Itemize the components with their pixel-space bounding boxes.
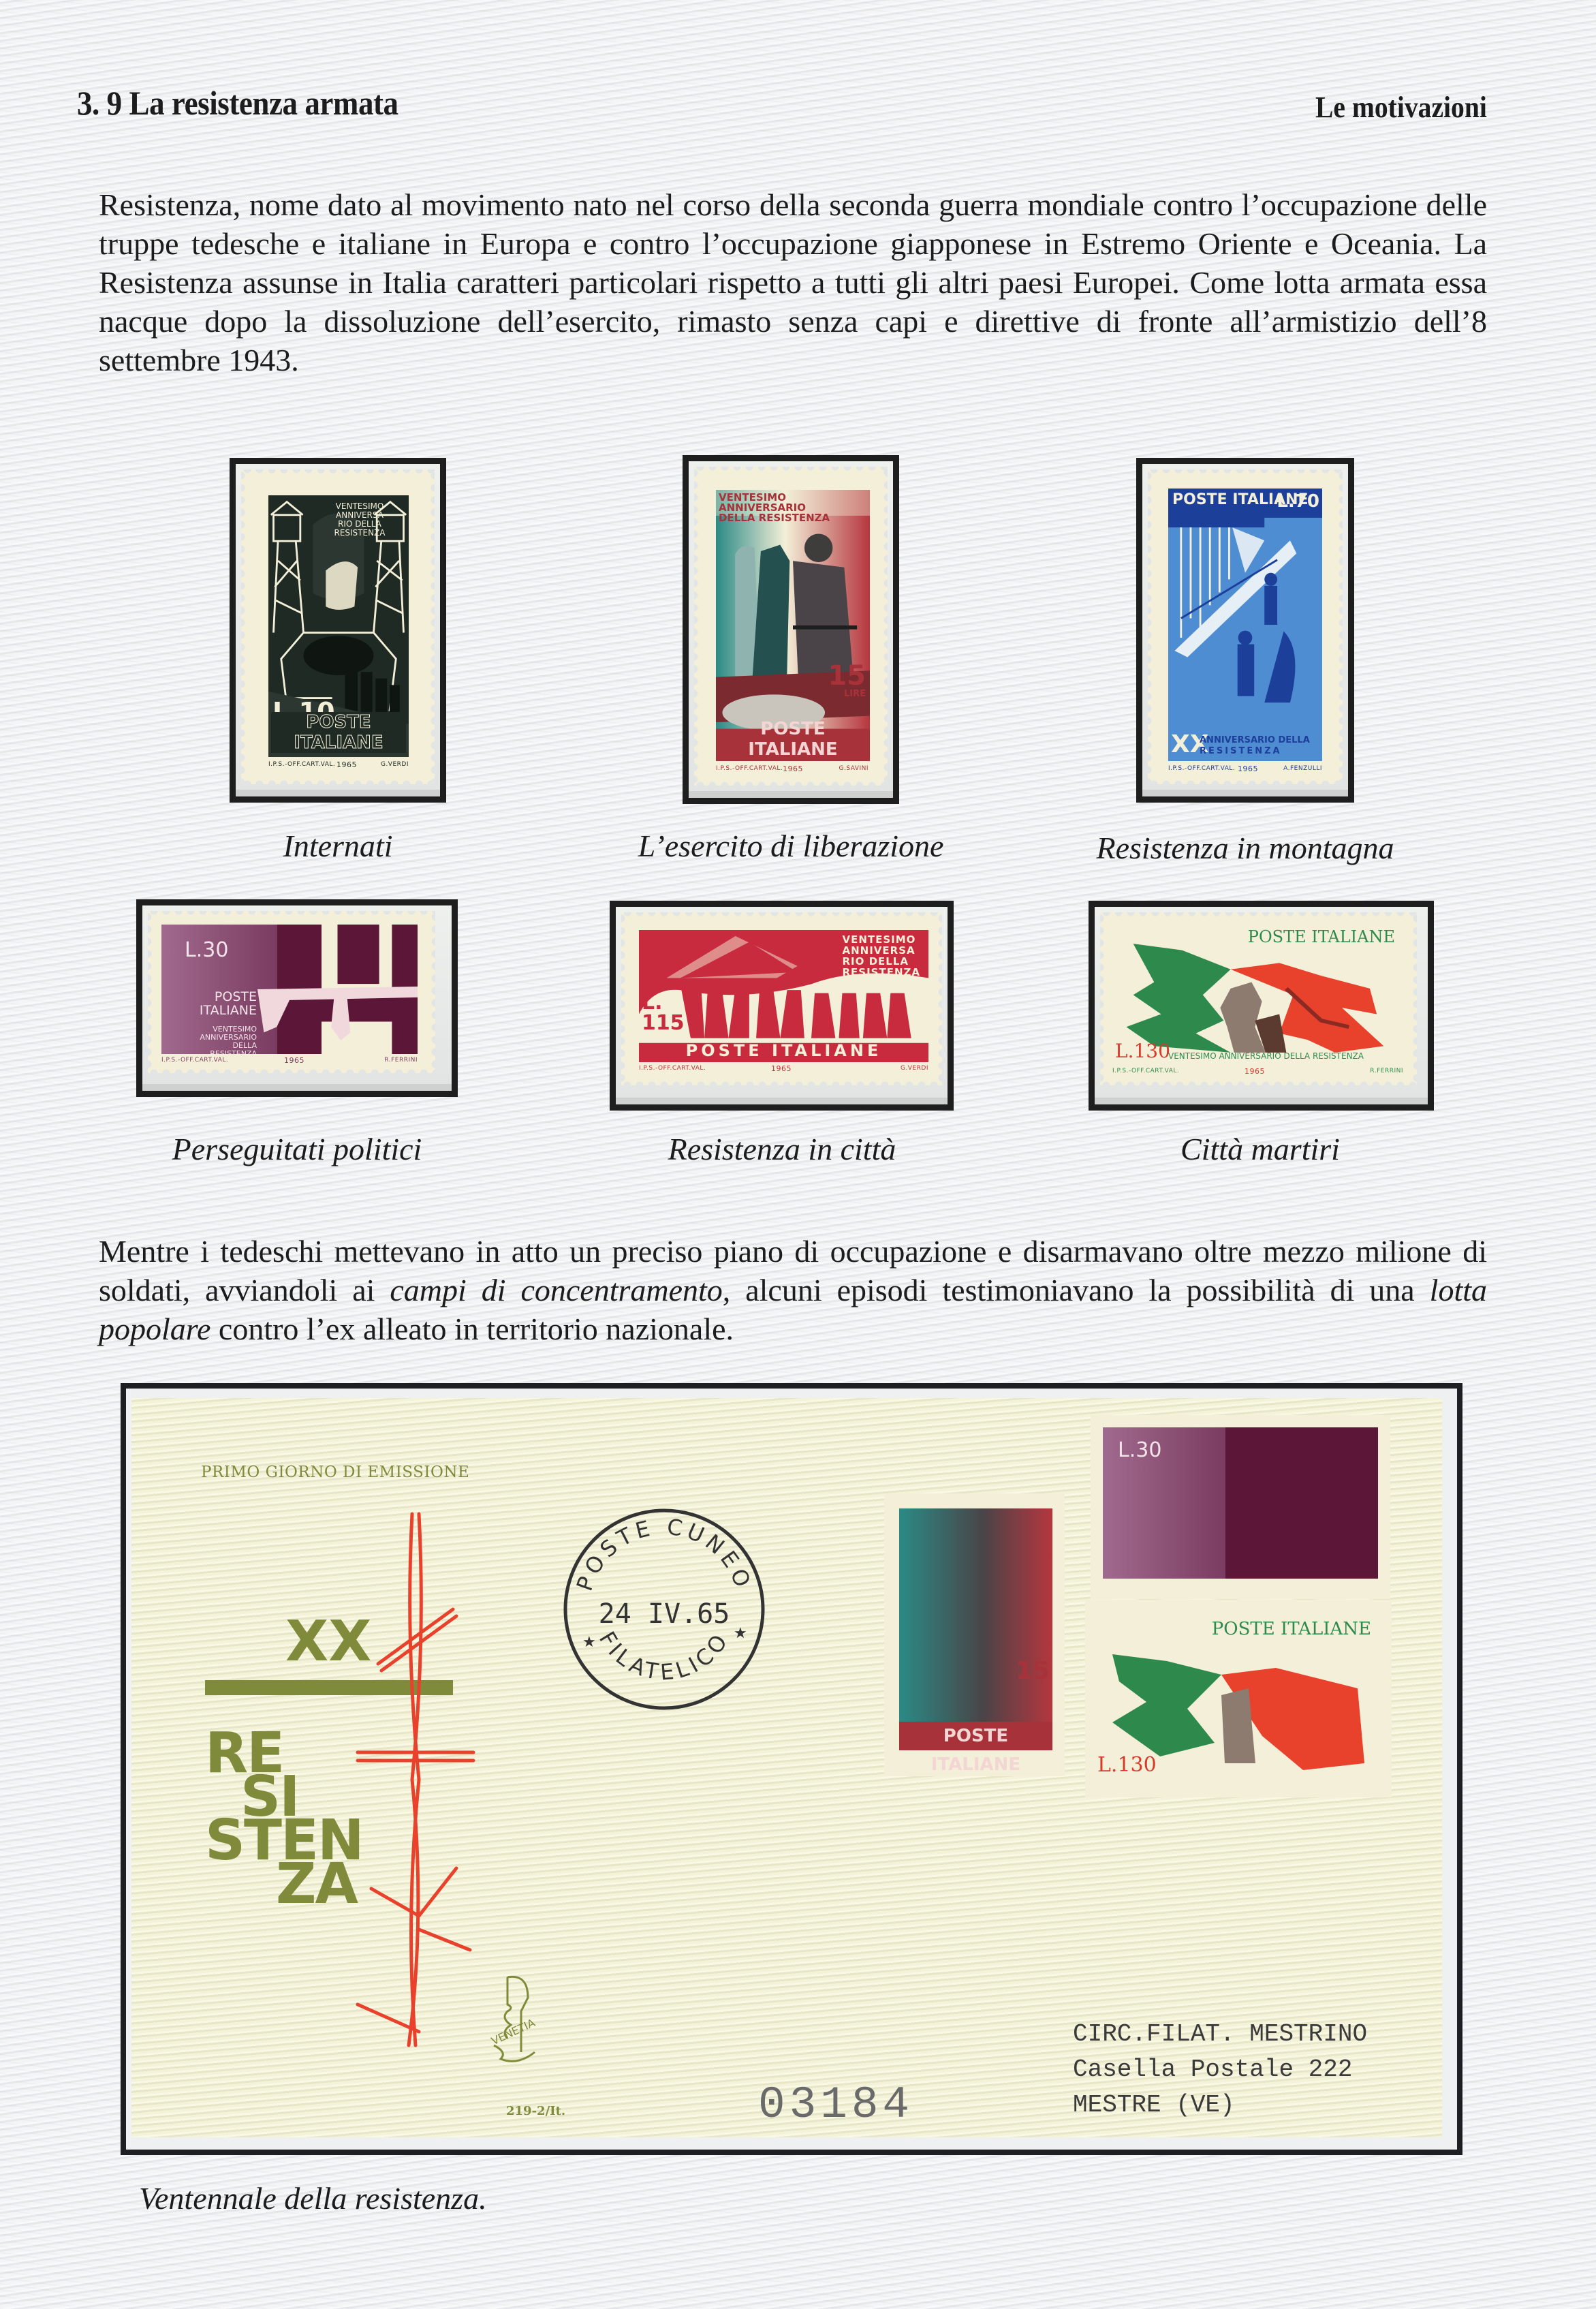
stamp-design: POSTE ITALIANE L.70 XX ANNIVERSARIO DELL… [1168, 489, 1322, 761]
stamp-country: POSTE ITALIANE [639, 1041, 928, 1060]
paragraph-italic: campi di concentramento [390, 1273, 722, 1307]
stamp-inscription: VENTESIMO ANNIVERSARIO DELLA RESISTENZA [1168, 1051, 1364, 1061]
stamp-year: 1965 [783, 764, 803, 773]
svg-text:★: ★ [582, 1633, 596, 1650]
stamp-design: VENTESIMO ANNIVERSA RIO DELLA RESISTENZA… [268, 495, 409, 757]
stamp-printer: I.P.S.-OFF.CART.VAL. [639, 1065, 706, 1072]
caption-esercito: L’esercito di liberazione [586, 828, 995, 864]
mountain-climbers-illustration-icon [1168, 489, 1322, 761]
svg-text:FILATELICO: FILATELICO [594, 1627, 735, 1686]
address-line: MESTRE (VE) [1073, 2088, 1367, 2123]
stamp-mount-montagna: POSTE ITALIANE L.70 XX ANNIVERSARIO DELL… [1136, 458, 1354, 803]
serial-number: 03184 [758, 2079, 913, 2130]
envelope-mount: PRIMO GIORNO DI EMISSIONE XX RE SI STEN … [121, 1383, 1462, 2155]
stamp-martiri[interactable]: POSTE ITALIANE L.130 VENTESIMO ANNIVERSA… [1100, 912, 1417, 1085]
postmark-bottom-text: FILATELICO [594, 1627, 735, 1686]
stamp-inscription: VENTESIMO ANNIVERSARIO DELLA RESISTENZA [186, 1025, 257, 1054]
stamp-inscription-line: VENTESIMO ANNIVERSARIO [719, 493, 870, 513]
cover-stamp-30-lire[interactable]: L.30 [1091, 1415, 1390, 1599]
cover-stamp-value: 15 [1016, 1657, 1050, 1685]
stamp-mount-perseguitati: L.30 POSTE ITALIANE VENTESIMO ANNIVERSAR… [136, 899, 458, 1097]
stamp-year: 1965 [1238, 764, 1258, 773]
section-label: Le motivazioni [1315, 90, 1487, 125]
stamp-value: L.70 [1277, 491, 1319, 512]
postmark-top-text: POSTE CUNEO [572, 1513, 757, 1594]
stamp-year: 1965 [1245, 1067, 1265, 1076]
stamp-country: POSTE ITALIANE [716, 719, 870, 760]
caption-martiri: Città martiri [1090, 1131, 1430, 1167]
stamp-printer: I.P.S.-OFF.CART.VAL. [1168, 765, 1235, 772]
stamp-mount-internati: VENTESIMO ANNIVERSA RIO DELLA RESISTENZA… [230, 458, 446, 803]
stamp-designer: R.FERRINI [384, 1057, 418, 1064]
envelope-caption: Ventennale della resistenza. [139, 2180, 487, 2216]
stamp-inscription-line: RESISTENZA [1200, 746, 1310, 757]
barbed-wire-icon [344, 1507, 494, 2052]
stamp-design: L.30 POSTE ITALIANE VENTESIMO ANNIVERSAR… [161, 925, 418, 1054]
cover-stamp-value: L.130 [1097, 1753, 1157, 1777]
cover-stamp-country: POSTE ITALIANE [1212, 1619, 1371, 1639]
first-day-cover[interactable]: PRIMO GIORNO DI EMISSIONE XX RE SI STEN … [131, 1398, 1442, 2137]
svg-text:★: ★ [734, 1624, 747, 1641]
stamp-value-line: 115 [642, 1013, 685, 1034]
venetia-logo-icon: VENETIA [487, 1970, 548, 2066]
catalog-code: 219-2/It. [506, 2104, 565, 2118]
stamp-printer: I.P.S.-OFF.CART.VAL. [1112, 1068, 1179, 1074]
caption-internati: Internati [202, 828, 474, 864]
stamp-designer: R.FERRINI [1370, 1068, 1403, 1074]
cover-stamp-value: L.30 [1118, 1438, 1161, 1462]
stamp-inscription: VENTESIMO ANNIVERSARIO DELLA RESISTENZA [719, 493, 870, 523]
stamp-inscription-line: VENTESIMO [842, 934, 920, 945]
stamp-designer: G.SAVINI [839, 765, 869, 772]
paragraph-text: contro l’ex alleato in territorio nazion… [210, 1312, 734, 1346]
stamp-country: POSTE ITALIANE [1248, 927, 1395, 946]
stamp-citta[interactable]: VENTESIMO ANNIVERSA RIO DELLA RESISTENZA… [621, 912, 942, 1085]
stamp-design: POSTE ITALIANE L.130 VENTESIMO ANNIVERSA… [1112, 925, 1405, 1072]
caption-citta: Resistenza in città [612, 1131, 952, 1167]
second-paragraph: Mentre i tedeschi mettevano in atto un p… [99, 1232, 1487, 1348]
stamp-country: POSTE ITALIANE [271, 712, 406, 753]
postmark-date: 24 IV.65 [599, 1598, 730, 1630]
stamp-internati[interactable]: VENTESIMO ANNIVERSA RIO DELLA RESISTENZA… [241, 469, 435, 784]
stamp-year: 1965 [284, 1056, 304, 1065]
resistenza-word: RE SI STEN ZA [205, 1732, 363, 1906]
stamp-esercito[interactable]: VENTESIMO ANNIVERSARIO DELLA RESISTENZA … [694, 467, 888, 786]
stamp-design: VENTESIMO ANNIVERSARIO DELLA RESISTENZA … [716, 490, 870, 761]
postmark-icon: POSTE CUNEO FILATELICO 24 IV.65 ★ ★ [548, 1493, 780, 1725]
stamp-year: 1965 [337, 760, 357, 769]
stamp-value: 15 [828, 660, 866, 692]
stamp-country-line: POSTE [186, 990, 257, 1004]
stamp-inscription-line: RESISTENZA [326, 529, 394, 538]
logo-text: VENETIA [489, 2016, 537, 2047]
stamp-mount-esercito: VENTESIMO ANNIVERSARIO DELLA RESISTENZA … [683, 455, 899, 804]
caption-perseguitati: Perseguitati politici [127, 1131, 467, 1167]
stamp-printer: I.P.S.-OFF.CART.VAL. [161, 1057, 228, 1064]
stamp-value: L.30 [185, 938, 228, 962]
stamp-value-unit: LIRE [844, 689, 866, 699]
stamp-year: 1965 [771, 1064, 792, 1073]
stamp-country: POSTE ITALIANE [186, 990, 257, 1017]
fdc-header: PRIMO GIORNO DI EMISSIONE [201, 1463, 469, 1481]
stamp-design: VENTESIMO ANNIVERSA RIO DELLA RESISTENZA… [639, 930, 928, 1062]
stamp-printer: I.P.S.-OFF.CART.VAL. [268, 761, 335, 768]
stamp-inscription-line: ANNIVERSA [842, 945, 920, 956]
stamp-value: L. 115 [642, 993, 685, 1034]
stamp-designer: G.VERDI [381, 761, 409, 768]
stamp-inscription-line: RESISTENZA [186, 1050, 257, 1054]
stamp-inscription: VENTESIMO ANNIVERSA RIO DELLA RESISTENZA [842, 934, 920, 978]
stamp-inscription-line: RESISTENZA [842, 967, 920, 978]
recipient-address: CIRC.FILAT. MESTRINO Casella Postale 222… [1073, 2017, 1367, 2123]
stamp-mount-martiri: POSTE ITALIANE L.130 VENTESIMO ANNIVERSA… [1089, 901, 1434, 1111]
address-line: Casella Postale 222 [1073, 2052, 1367, 2088]
stamp-inscription: ANNIVERSARIO DELLA RESISTENZA [1200, 735, 1310, 757]
cover-stamp-130-lire[interactable]: POSTE ITALIANE L.130 [1085, 1600, 1392, 1797]
stamp-printer: I.P.S.-OFF.CART.VAL. [716, 765, 783, 772]
stamp-inscription-line: RIO DELLA [842, 956, 920, 967]
intro-paragraph: Resistenza, nome dato al movimento nato … [99, 185, 1487, 379]
cover-stamp-15-lire[interactable]: POSTE ITALIANE 15 [884, 1493, 1065, 1776]
stamp-value-line: L. [642, 993, 685, 1013]
cover-stamp-country: POSTE ITALIANE [899, 1722, 1052, 1750]
address-line: CIRC.FILAT. MESTRINO [1073, 2017, 1367, 2052]
stamp-inscription-line: DELLA RESISTENZA [719, 513, 870, 523]
stamp-country-line: ITALIANE [186, 1004, 257, 1017]
stamp-designer: G.VERDI [901, 1065, 928, 1072]
caption-montagna: Resistenza in montagna [1041, 830, 1450, 866]
stamp-designer: A.FENZULLI [1283, 765, 1322, 772]
stamp-inscription-line: ANNIVERSARIO DELLA [1200, 735, 1310, 746]
paragraph-text: , alcuni episodi testimoniavano la possi… [723, 1273, 1430, 1307]
stamp-mount-citta: VENTESIMO ANNIVERSA RIO DELLA RESISTENZA… [610, 901, 954, 1111]
svg-text:POSTE CUNEO: POSTE CUNEO [572, 1513, 757, 1594]
page-title: 3. 9 La resistenza armata [77, 83, 398, 123]
stamp-value: L.130 [1115, 1040, 1170, 1062]
stamp-montagna[interactable]: POSTE ITALIANE L.70 XX ANNIVERSARIO DELL… [1148, 469, 1343, 784]
stamp-perseguitati[interactable]: L.30 POSTE ITALIANE VENTESIMO ANNIVERSAR… [148, 911, 435, 1073]
